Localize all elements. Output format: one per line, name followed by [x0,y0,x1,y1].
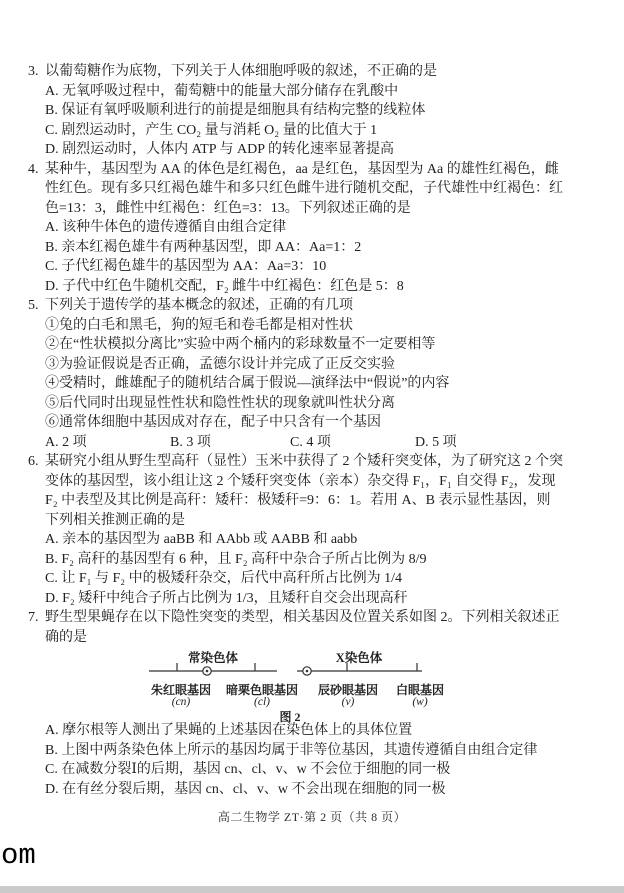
question-stem-line: 性红色。现有多只红褐色雄牛和多只红色雌牛进行随机交配，子代雄性中红褐色：红 [28,179,596,199]
option-text: D. 剧烈运动时，人体内 ATP 与 ADP 的转化速率显著提高 [45,142,394,157]
statement-text: ①兔的白毛和黑毛，狗的短毛和卷毛都是相对性状 [45,318,353,333]
question-stem-line: F₂ 中表型及其比例是高秆：矮秆：极矮秆=9：6：1。若用 A、B 表示显性基因… [28,491,596,511]
question-stem-line: 4.某种牛，基因型为 AA 的体色是红褐色，aa 是红色，基因型为 Aa 的雄性… [28,160,596,180]
option-a: A. 该种牛体色的遗传遵循自由组合定律 [28,218,596,238]
option-d: D. F₂ 矮秆中纯合子所占比例为 1/3，且矮秆自交会出现高秆 [28,589,596,609]
option-c: C. 子代红褐色雄牛的基因型为 AA：Aa=3：10 [28,257,596,277]
question-number: 4. [28,160,45,180]
option-text: C. 在减数分裂Ⅰ的后期，基因 cn、cl、v、w 不会位于细胞的同一极 [45,762,450,777]
stem-text: 某种牛，基因型为 AA 的体色是红褐色，aa 是红色，基因型为 Aa 的雄性红褐… [45,162,559,177]
figure-caption: 图 2 [279,708,300,725]
exam-page-content: 3.以葡萄糖作为底物，下列关于人体细胞呼吸的叙述，不正确的是 A. 无氧呼吸过程… [28,62,596,799]
option-d: D. 剧烈运动时，人体内 ATP 与 ADP 的转化速率显著提高 [28,140,596,160]
question-7: 7.野生型果蝇存在以下隐性突变的类型，相关基因及位置关系如图 2。下列相关叙述正… [28,608,596,799]
option-text: A. 该种牛体色的遗传遵循自由组合定律 [45,220,286,235]
stem-text: 下列关于遗传学的基本概念的叙述，正确的有几项 [45,298,353,313]
stem-text: 某研究小组从野生型高秆（显性）玉米中获得了 2 个矮秆突变体，为了研究这 2 个… [45,454,563,469]
question-stem-line: 确的是 [28,628,596,648]
autosome-title: 常染色体 [188,648,238,666]
statement-text: ②在“性状模拟分离比”实验中两个桶内的彩球数量不一定要相等 [45,337,435,352]
page-footer: 高二生物学 ZT·第 2 页（共 8 页） [0,808,624,825]
statement-item-4: ④受精时，雌雄配子的随机结合属于假说—演绎法中“假说”的内容 [28,374,596,394]
option-text: C. 剧烈运动时，产生 CO₂ 量与消耗 O₂ 量的比值大于 1 [45,123,377,138]
option-text: B. 上图中两条染色体上所示的基因均属于非等位基因，其遗传遵循自由组合定律 [45,743,537,758]
bottom-gray-bar [0,886,624,893]
statement-item-5: ⑤后代同时出现显性性状和隐性性状的现象就叫性状分离 [28,394,596,414]
question-stem-line: 变体的基因型，该小组让这 2 个矮秆突变体（亲本）杂交得 F₁，F₁ 自交得 F… [28,472,596,492]
option-b: B. 亲本红褐色雄牛有两种基因型，即 AA：Aa=1：2 [28,238,596,258]
option-b: B. F₂ 高秆的基因型有 6 种，且 F₂ 高秆中杂合子所占比例为 8/9 [28,550,596,570]
stem-text: 下列相关推测正确的是 [45,513,185,528]
statement-item-2: ②在“性状模拟分离比”实验中两个桶内的彩球数量不一定要相等 [28,335,596,355]
question-stem-line: 5.下列关于遗传学的基本概念的叙述，正确的有几项 [28,296,596,316]
option-c: C. 让 F₁ 与 F₂ 中的极矮秆杂交，后代中高秆所占比例为 1/4 [28,569,596,589]
options-row: A. 2 项B. 3 项C. 4 项D. 5 项 [28,433,596,453]
option-text: B. F₂ 高秆的基因型有 6 种，且 F₂ 高秆中杂合子所占比例为 8/9 [45,552,427,567]
statement-text: ⑤后代同时出现显性性状和隐性性状的现象就叫性状分离 [45,396,395,411]
chromosome-lines-graphic [28,647,596,721]
stem-text: 野生型果蝇存在以下隐性突变的类型，相关基因及位置关系如图 2。下列相关叙述正 [45,610,560,625]
question-stem-line: 6.某研究小组从野生型高秆（显性）玉米中获得了 2 个矮秆突变体，为了研究这 2… [28,452,596,472]
option-text: C. 子代红褐色雄牛的基因型为 AA：Aa=3：10 [45,259,326,274]
stem-text: F₂ 中表型及其比例是高秆：矮秆：极矮秆=9：6：1。若用 A、B 表示显性基因… [45,493,551,508]
option-text: C. 让 F₁ 与 F₂ 中的极矮秆杂交，后代中高秆所占比例为 1/4 [45,571,402,586]
question-5: 5.下列关于遗传学的基本概念的叙述，正确的有几项 ①兔的白毛和黑毛，狗的短毛和卷… [28,296,596,452]
option-text: A. 摩尔根等人测出了果蝇的上述基因在染色体上的具体位置 [45,723,412,738]
question-number: 5. [28,296,45,316]
option-text: B. 亲本红褐色雄牛有两种基因型，即 AA：Aa=1：2 [45,240,361,255]
stem-text: 以葡萄糖作为底物，下列关于人体细胞呼吸的叙述，不正确的是 [45,64,437,79]
gene-symbol-v: (v) [342,696,355,708]
x-chromosome-title: X染色体 [336,648,383,666]
gene-symbol-cn: (cn) [172,696,191,708]
option-a: A. 2 项 [45,433,170,453]
gene-symbol-w: (w) [412,696,427,708]
option-b: B. 上图中两条染色体上所示的基因均属于非等位基因，其遗传遵循自由组合定律 [28,741,596,761]
statement-text: ④受精时，雌雄配子的随机结合属于假说—演绎法中“假说”的内容 [45,376,449,391]
option-text: D. F₂ 矮秆中纯合子所占比例为 1/3，且矮秆自交会出现高秆 [45,591,408,606]
gene-symbol-cl: (cl) [254,696,270,708]
question-stem-line: 7.野生型果蝇存在以下隐性突变的类型，相关基因及位置关系如图 2。下列相关叙述正 [28,608,596,628]
option-text: A. 无氧呼吸过程中，葡萄糖中的能量大部分储存在乳酸中 [45,84,398,99]
option-d: D. 5 项 [415,433,457,453]
question-stem-line: 下列相关推测正确的是 [28,511,596,531]
option-d: D. 子代中红色牛随机交配，F₂ 雌牛中红褐色：红色是 5：8 [28,277,596,297]
question-3: 3.以葡萄糖作为底物，下列关于人体细胞呼吸的叙述，不正确的是 A. 无氧呼吸过程… [28,62,596,160]
stem-text: 变体的基因型，该小组让这 2 个矮秆突变体（亲本）杂交得 F₁，F₁ 自交得 F… [45,474,556,489]
question-stem-line: 色=13：3，雌性中红褐色：红色=3：13。下列叙述正确的是 [28,199,596,219]
question-4: 4.某种牛，基因型为 AA 的体色是红褐色，aa 是红色，基因型为 Aa 的雄性… [28,160,596,297]
statement-text: ③为验证假说是否正确，孟德尔设计并完成了正反交实验 [45,357,395,372]
option-text: D. 子代中红色牛随机交配，F₂ 雌牛中红褐色：红色是 5：8 [45,279,404,294]
statement-item-6: ⑥通常体细胞中基因成对存在，配子中只含有一个基因 [28,413,596,433]
watermark-fragment: om [1,841,36,871]
statement-text: ⑥通常体细胞中基因成对存在，配子中只含有一个基因 [45,415,381,430]
option-text: A. 亲本的基因型为 aaBB 和 AAbb 或 AABB 和 aabb [45,532,357,547]
option-text: D. 在有丝分裂后期，基因 cn、cl、v、w 不会出现在细胞的同一极 [45,782,446,797]
question-6: 6.某研究小组从野生型高秆（显性）玉米中获得了 2 个矮秆突变体，为了研究这 2… [28,452,596,608]
option-b: B. 3 项 [170,433,290,453]
question-number: 6. [28,452,45,472]
question-number: 3. [28,62,45,82]
option-a: A. 亲本的基因型为 aaBB 和 AAbb 或 AABB 和 aabb [28,530,596,550]
statement-item-3: ③为验证假说是否正确，孟德尔设计并完成了正反交实验 [28,355,596,375]
option-d: D. 在有丝分裂后期，基因 cn、cl、v、w 不会出现在细胞的同一极 [28,780,596,800]
option-b: B. 保证有氧呼吸顺利进行的前提是细胞具有结构完整的线粒体 [28,101,596,121]
stem-text: 确的是 [45,630,87,645]
figure-2-chromosome-diagram: 常染色体 X染色体 朱红眼基因 暗栗色眼基因 辰砂眼基因 白眼基因 (cn) (… [28,647,596,721]
option-c: C. 在减数分裂Ⅰ的后期，基因 cn、cl、v、w 不会位于细胞的同一极 [28,760,596,780]
question-number: 7. [28,608,45,628]
option-c: C. 4 项 [290,433,415,453]
question-stem-line: 3.以葡萄糖作为底物，下列关于人体细胞呼吸的叙述，不正确的是 [28,62,596,82]
option-a: A. 摩尔根等人测出了果蝇的上述基因在染色体上的具体位置 [28,721,596,741]
stem-text: 色=13：3，雌性中红褐色：红色=3：13。下列叙述正确的是 [45,201,411,216]
statement-item-1: ①兔的白毛和黑毛，狗的短毛和卷毛都是相对性状 [28,316,596,336]
option-text: B. 保证有氧呼吸顺利进行的前提是细胞具有结构完整的线粒体 [45,103,425,118]
option-a: A. 无氧呼吸过程中，葡萄糖中的能量大部分储存在乳酸中 [28,82,596,102]
option-c: C. 剧烈运动时，产生 CO₂ 量与消耗 O₂ 量的比值大于 1 [28,121,596,141]
stem-text: 性红色。现有多只红褐色雄牛和多只红色雌牛进行随机交配，子代雄性中红褐色：红 [45,181,563,196]
